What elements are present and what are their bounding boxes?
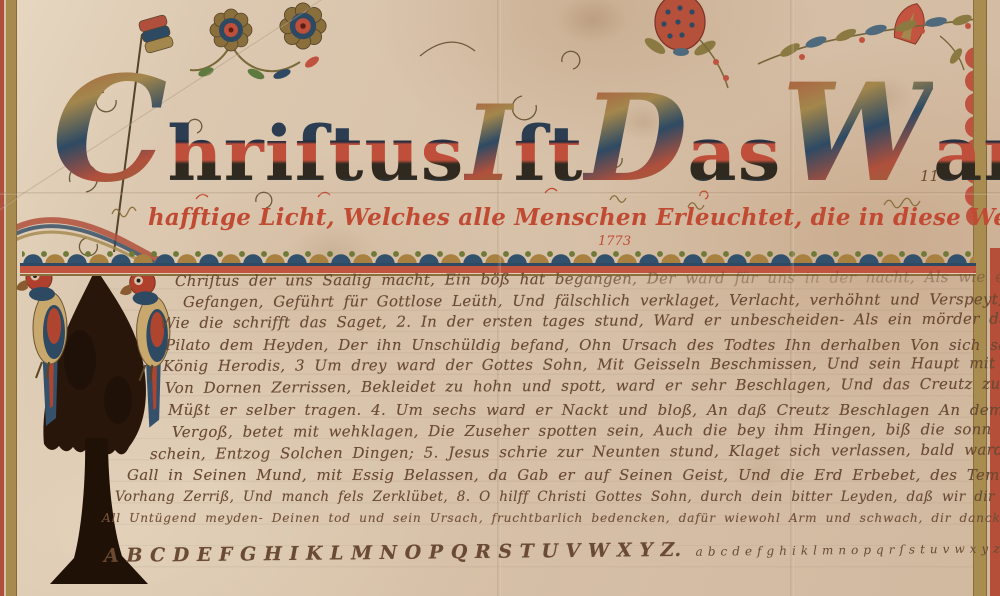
year-label: 1773	[598, 234, 631, 249]
title-word-das: D as	[583, 79, 781, 199]
page-title: C hriſtus I ſt D as W ar	[52, 58, 964, 203]
fraktur-manuscript-page: C hriſtus I ſt D as W ar hafftige Licht,…	[0, 0, 1000, 596]
body-line: Pilato dem Heyden, Der ihn Unschüldig be…	[165, 336, 1000, 354]
title-initial-i: I	[464, 91, 513, 196]
page-number: 11	[920, 167, 939, 185]
left-border	[0, 0, 20, 596]
body-line: Vergoß, betet mit wehklagen, Die Zuseher…	[172, 420, 1000, 441]
body-line: Gefangen, Geführt für Gottlose Leüth, Un…	[183, 290, 1000, 311]
subtitle-text: hafftige Licht, Welches alle Menschen Er…	[148, 204, 948, 231]
body-line: König Herodis, 3 Um drey ward der Gottes…	[163, 354, 1000, 375]
body-line: All Untügend meyden- Deinen tod und sein…	[102, 511, 1000, 525]
title-initial-c: C	[52, 58, 167, 203]
title-word-christus: C hriſtus	[52, 58, 464, 203]
body-line: Gall in Seinen Mund, mit Essig Belassen,…	[127, 466, 1000, 484]
body-line: Müßt er selber tragen. 4. Um sechs ward …	[168, 401, 1000, 419]
title-word-war: W ar	[781, 65, 1000, 200]
alphabet-lower: a b c d e f g h i k l m n o p q r ſ s t …	[696, 541, 1000, 559]
title-word-ist: I ſt	[464, 91, 583, 196]
body-line: Vorhang Zerriß, Und manch fels Zerklübet…	[115, 489, 1000, 505]
title-initial-w: W	[781, 65, 933, 200]
title-initial-d: D	[583, 79, 687, 199]
